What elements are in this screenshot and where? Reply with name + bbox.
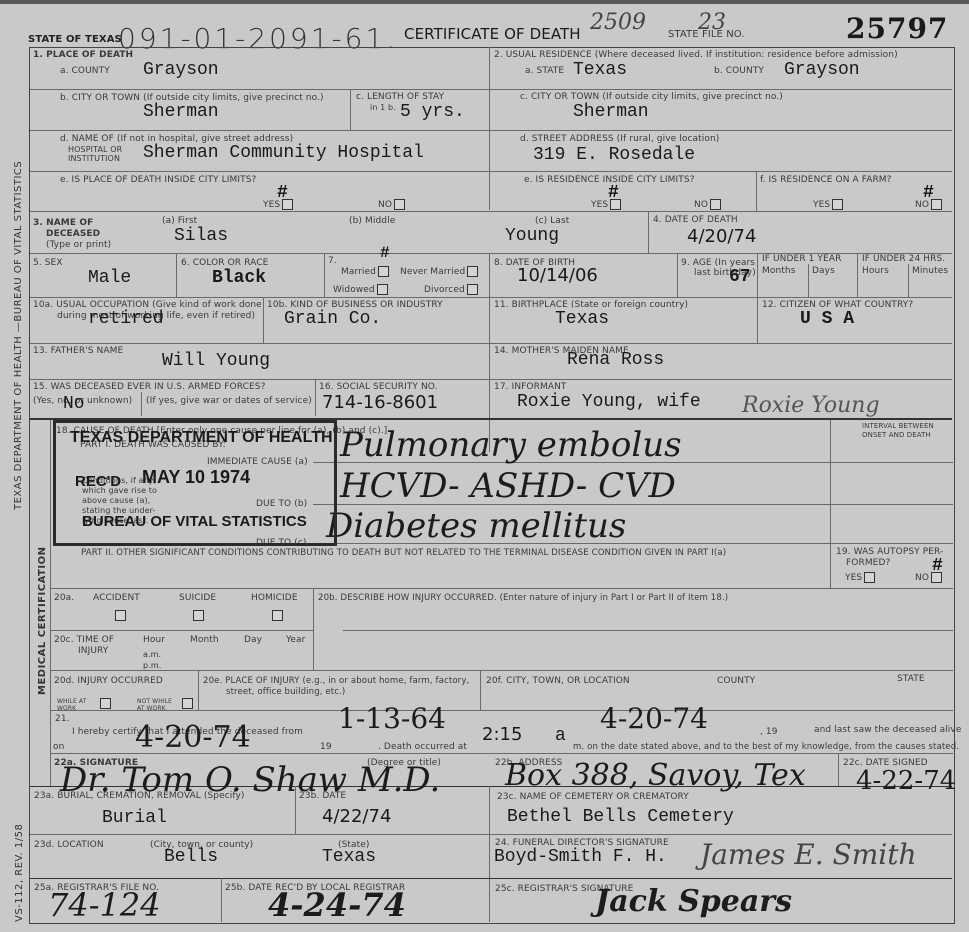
- nineteen-label-2: 19: [320, 742, 332, 752]
- place-of-death-label: 1. PLACE OF DEATH: [33, 50, 133, 60]
- divider: [313, 588, 314, 670]
- divider: [30, 89, 952, 90]
- marital-num: 7.: [328, 256, 337, 266]
- no-checkbox[interactable]: [394, 199, 405, 210]
- death-time: 2:15: [482, 724, 522, 745]
- no-label: NO: [915, 573, 929, 583]
- divider: [30, 878, 952, 879]
- no-checkbox[interactable]: [931, 199, 942, 210]
- form-revision: VS-112, REV. 1/58: [14, 824, 25, 922]
- divider: [30, 343, 952, 344]
- death-inside-city-no[interactable]: NO: [378, 199, 405, 210]
- residence-city-value: Sherman: [573, 102, 649, 122]
- residence-state-value: Texas: [573, 60, 627, 80]
- first-name-value: Silas: [174, 226, 228, 246]
- residence-city-label: c. CITY OR TOWN (If outside city limits,…: [520, 92, 783, 102]
- citizen-value: U S A: [800, 309, 854, 329]
- residence-label: 2. USUAL RESIDENCE (Where deceased lived…: [494, 50, 898, 60]
- divorced-option[interactable]: Divorced: [424, 284, 478, 295]
- divider: [808, 264, 809, 297]
- death-inside-city-yes[interactable]: YES: [263, 199, 293, 210]
- time-of-injury-label: 20c. TIME OF: [54, 635, 114, 645]
- autopsy-label: 19. WAS AUTOPSY PER-: [836, 547, 943, 557]
- street-label: d. STREET ADDRESS (If rural, give locati…: [520, 134, 719, 144]
- hour-label: Hour: [143, 635, 165, 645]
- divorced-label: Divorced: [424, 285, 465, 295]
- yes-checkbox[interactable]: [282, 199, 293, 210]
- under-24-label: IF UNDER 24 HRS.: [862, 254, 945, 264]
- cause-b-value: HCVD- ASHD- CVD: [340, 466, 676, 506]
- location-city-value: Bells: [164, 847, 218, 867]
- scan-edge: [0, 0, 969, 4]
- registrar-file-value: 74-124: [48, 886, 161, 924]
- registrar-date-value: 4-24-74: [268, 886, 406, 924]
- bureau-side-text: TEXAS DEPARTMENT OF HEALTH —BUREAU OF VI…: [13, 161, 24, 510]
- interval-label: INTERVAL BETWEEN: [862, 422, 934, 430]
- hospital-value: Sherman Community Hospital: [143, 143, 424, 163]
- sex-value: Male: [88, 268, 131, 288]
- divider: [30, 171, 952, 172]
- married-label: Married: [341, 267, 376, 277]
- cert-text-2: and last saw the deceased alive: [814, 725, 961, 735]
- nineteen-label: , 19: [760, 727, 778, 737]
- race-label: 6. COLOR OR RACE: [181, 258, 268, 268]
- funeral-home-value: Boyd-Smith F. H.: [494, 847, 667, 867]
- divider: [857, 253, 858, 297]
- certificate-title: CERTIFICATE OF DEATH: [404, 25, 581, 43]
- cemetery-label: 23c. NAME OF CEMETERY OR CREMATORY: [497, 792, 689, 802]
- suicide-checkbox[interactable]: [193, 610, 204, 621]
- handwritten-code: 2509: [590, 10, 646, 35]
- informant-label: 17. INFORMANT: [494, 382, 567, 392]
- residence-county-value: Grayson: [784, 60, 860, 80]
- no-checkbox[interactable]: [710, 199, 721, 210]
- armed-forces-value: No: [63, 394, 85, 414]
- divider: [756, 171, 757, 211]
- yes-checkbox[interactable]: [832, 199, 843, 210]
- sex-label: 5. SEX: [33, 258, 63, 268]
- divider: [141, 392, 142, 416]
- stay-value: 5 yrs.: [400, 102, 465, 122]
- never-married-label: Never Married: [400, 267, 465, 277]
- autopsy-no[interactable]: NO: [915, 572, 942, 583]
- divider: [198, 670, 199, 710]
- describe-injury-label: 20b. DESCRIBE HOW INJURY OCCURRED. (Ente…: [318, 593, 728, 603]
- informant-value: Roxie Young, wife: [517, 392, 701, 412]
- county-label: a. COUNTY: [60, 66, 110, 76]
- part2-label: PART II. OTHER SIGNIFICANT CONDITIONS CO…: [81, 548, 726, 558]
- handwritten-file-suffix: 23: [698, 10, 726, 35]
- physician-address: Box 388, Savoy, Tex: [505, 758, 806, 793]
- death-ampm: a: [555, 726, 566, 746]
- on-label: on: [53, 742, 64, 752]
- mother-value: Rena Ross: [567, 350, 664, 370]
- stay-sub-label: in 1 b.: [370, 103, 396, 112]
- divider: [489, 47, 490, 210]
- birthplace-value: Texas: [555, 309, 609, 329]
- while-at-work-label: WHILE AT WORK: [57, 698, 86, 712]
- divorced-checkbox[interactable]: [467, 284, 478, 295]
- cert-text-3: m. on the date stated above, and to the …: [573, 742, 959, 752]
- injury-num: 20a.: [54, 593, 74, 603]
- received-stamp: TEXAS DEPARTMENT OF HEALTH REC'D MAY 10 …: [53, 420, 337, 546]
- cert-num: 21.: [55, 714, 70, 724]
- funeral-director-signature: James E. Smith: [700, 838, 917, 871]
- not-while-at-work-checkbox[interactable]: [182, 698, 193, 709]
- months-label: Months: [762, 266, 796, 276]
- divider: [489, 253, 490, 452]
- divider: [263, 297, 264, 343]
- not-while-at-work-option[interactable]: NOT WHILE AT WORK: [137, 698, 179, 712]
- hours-label: Hours: [862, 266, 889, 276]
- year-label: Year: [286, 635, 305, 645]
- residence-inside-city-yes[interactable]: YES: [591, 199, 621, 210]
- divider: [30, 379, 952, 380]
- last-name-value: Young: [505, 226, 559, 246]
- no-checkbox[interactable]: [931, 572, 942, 583]
- homicide-checkbox[interactable]: [272, 610, 283, 621]
- burial-date-value: 4/22/74: [322, 806, 391, 827]
- injury-state-label: STATE: [897, 674, 925, 684]
- not-while-at-work-label: NOT WHILE AT WORK: [137, 698, 172, 712]
- divider: [648, 211, 649, 253]
- never-married-option[interactable]: Never Married: [400, 266, 478, 277]
- autopsy-label-2: FORMED?: [846, 558, 890, 568]
- divider: [30, 834, 952, 835]
- race-value: Black: [212, 268, 266, 288]
- no-label: NO: [378, 200, 392, 210]
- burial-date-label: 23b. DATE: [299, 791, 346, 801]
- homicide-label: HOMICIDE: [251, 593, 298, 603]
- divider: [343, 630, 953, 631]
- registrar-signature: Jack Spears: [595, 884, 792, 919]
- father-value: Will Young: [162, 351, 270, 371]
- divider: [350, 89, 351, 130]
- cause-a-value: Pulmonary embolus: [340, 425, 682, 465]
- minutes-label: Minutes: [912, 266, 948, 276]
- certificate-number: 25797: [846, 12, 948, 45]
- yes-label: YES: [591, 200, 608, 210]
- divider: [50, 588, 953, 589]
- inside-city-label: e. IS PLACE OF DEATH INSIDE CITY LIMITS?: [60, 175, 256, 185]
- divider: [838, 753, 839, 786]
- place-of-injury-label-2: street, office building, etc.): [226, 687, 345, 697]
- divider: [324, 253, 325, 297]
- yes-label: YES: [263, 200, 280, 210]
- stamp-department: TEXAS DEPARTMENT OF HEALTH: [70, 429, 333, 447]
- death-city-value: Sherman: [143, 102, 219, 122]
- widowed-option[interactable]: Widowed: [333, 284, 388, 295]
- divider: [908, 264, 909, 297]
- name-label: 3. NAME OF: [33, 218, 93, 228]
- farm-no[interactable]: NO: [915, 199, 942, 210]
- divider: [50, 420, 51, 786]
- am-label: a.m.: [143, 650, 161, 659]
- middle-name-label: (b) Middle: [349, 216, 395, 226]
- place-of-injury-label: 20e. PLACE OF INJURY (e.g., in or about …: [203, 676, 469, 686]
- accident-label: ACCIDENT: [93, 593, 140, 603]
- death-county-value: Grayson: [143, 60, 219, 80]
- widowed-label: Widowed: [333, 285, 375, 295]
- divider: [50, 710, 953, 711]
- no-label: NO: [694, 200, 708, 210]
- father-label: 13. FATHER'S NAME: [33, 346, 123, 356]
- stamp-bureau: BUREAU OF VITAL STATISTICS: [82, 513, 307, 530]
- pm-label: p.m.: [143, 661, 161, 670]
- armed-forces-label: 15. WAS DECEASED EVER IN U.S. ARMED FORC…: [33, 382, 266, 392]
- day-label: Day: [244, 635, 262, 645]
- yes-label: YES: [845, 573, 862, 583]
- dob-value: 10/14/06: [517, 265, 598, 286]
- divider: [30, 211, 952, 212]
- stamp-recd: REC'D: [75, 473, 121, 490]
- divider: [480, 670, 481, 710]
- street-value: 319 E. Rosedale: [533, 145, 695, 165]
- residence-inside-city-no[interactable]: NO: [694, 199, 721, 210]
- interval-label-2: ONSET AND DEATH: [862, 431, 931, 439]
- divider: [677, 253, 678, 297]
- divider: [489, 786, 490, 922]
- last-name-label: (c) Last: [535, 216, 569, 226]
- burial-value: Burial: [102, 808, 167, 828]
- divider: [757, 253, 758, 343]
- no-label: NO: [915, 200, 929, 210]
- hospital-label-3: INSTITUTION: [68, 154, 120, 163]
- injury-county-label: COUNTY: [717, 676, 755, 686]
- month-label: Month: [190, 635, 219, 645]
- burial-label: 23a. BURIAL, CREMATION, REMOVAL (Specify…: [34, 791, 245, 801]
- age-value: 67: [729, 267, 751, 287]
- ssn-value: 714-16-8601: [322, 392, 438, 413]
- while-at-work-checkbox[interactable]: [100, 698, 111, 709]
- medical-side-text: MEDICAL CERTIFICATION: [37, 547, 48, 695]
- injury-occurred-label: 20d. INJURY OCCURRED: [54, 676, 163, 686]
- divider: [315, 379, 316, 416]
- stay-label: c. LENGTH OF STAY: [356, 92, 444, 102]
- farm-label: f. IS RESIDENCE ON A FARM?: [760, 175, 892, 185]
- time-of-injury-label-2: INJURY: [78, 646, 108, 656]
- divider: [50, 630, 313, 631]
- location-label: 23d. LOCATION: [34, 840, 104, 850]
- yes-checkbox[interactable]: [864, 572, 875, 583]
- informant-signature: Roxie Young: [742, 393, 880, 418]
- injury-city-label: 20f. CITY, TOWN, OR LOCATION: [486, 676, 630, 686]
- while-at-work-option[interactable]: WHILE AT WORK: [57, 698, 93, 712]
- days-label: Days: [812, 266, 835, 276]
- stamp-date: MAY 10 1974: [142, 467, 250, 488]
- divider: [176, 253, 177, 297]
- last-seen-date: 4-20-74: [135, 720, 251, 755]
- marital-mark: #: [380, 244, 390, 262]
- autopsy-yes[interactable]: YES: [845, 572, 875, 583]
- divider: [30, 130, 952, 131]
- residence-state-label: a. STATE: [525, 66, 564, 76]
- widowed-checkbox[interactable]: [377, 284, 388, 295]
- divider: [30, 297, 952, 298]
- married-checkbox[interactable]: [378, 266, 389, 277]
- married-option[interactable]: Married: [341, 266, 389, 277]
- never-married-checkbox[interactable]: [467, 266, 478, 277]
- attended-from-date: 1-13-64: [338, 702, 446, 735]
- divider: [50, 670, 953, 671]
- divider: [221, 878, 222, 922]
- first-name-label: (a) First: [162, 216, 197, 226]
- farm-yes[interactable]: YES: [813, 199, 843, 210]
- armed-forces-sub-2: (If yes, give war or dates of service): [146, 396, 312, 406]
- death-at-label: . Death occurred at: [378, 742, 467, 752]
- yes-label: YES: [813, 200, 830, 210]
- residence-county-label: b. COUNTY: [714, 66, 764, 76]
- business-value: Grain Co.: [284, 309, 381, 329]
- ssn-label: 16. SOCIAL SECURITY NO.: [319, 382, 438, 392]
- attended-to-date: 4-20-74: [600, 702, 708, 735]
- hospital-label-2: HOSPITAL OR: [68, 145, 122, 154]
- accident-checkbox[interactable]: [115, 610, 126, 621]
- under-year-label: IF UNDER 1 YEAR: [762, 254, 841, 264]
- name-label-3: (Type or print): [46, 240, 111, 250]
- location-state-value: Texas: [322, 847, 376, 867]
- dod-label: 4. DATE OF DEATH: [653, 215, 738, 225]
- date-signed-value: 4-22-74: [856, 766, 956, 796]
- name-label-2: DECEASED: [46, 229, 100, 239]
- suicide-label: SUICIDE: [179, 593, 216, 603]
- state-label: STATE OF TEXAS: [28, 34, 122, 45]
- cemetery-value: Bethel Bells Cemetery: [507, 807, 734, 827]
- cause-c-value: Diabetes mellitus: [326, 506, 626, 546]
- yes-checkbox[interactable]: [610, 199, 621, 210]
- occupation-value: retired: [88, 309, 164, 329]
- dod-value: 4/20/74: [687, 226, 756, 247]
